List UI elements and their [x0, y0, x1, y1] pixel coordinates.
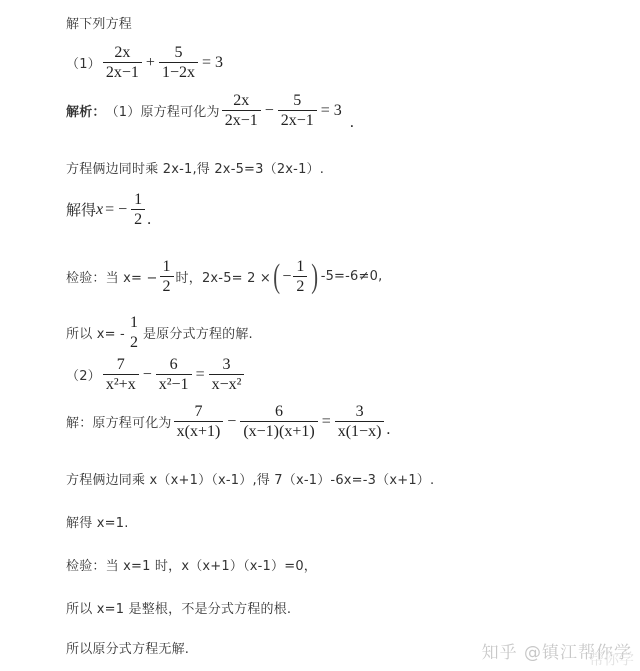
- problem-1: （1） 2x 2x−1 + 5 1−2x = 3: [66, 44, 225, 81]
- watermark-secondary: 帮你学: [589, 648, 634, 669]
- solve-2: 解得 x=1.: [66, 512, 129, 531]
- fraction: 1 2: [127, 314, 141, 351]
- problem-2-label: （2）: [66, 365, 101, 384]
- fraction: 2x 2x−1: [222, 92, 261, 129]
- problem-1-label: （1）: [66, 53, 101, 72]
- fraction: 1 2: [293, 258, 307, 295]
- fraction: 7 x²+x: [103, 356, 139, 393]
- problem-heading: 解下列方程: [66, 13, 132, 32]
- fraction: 3 x−x²: [209, 356, 245, 393]
- left-paren: (: [273, 260, 280, 294]
- fraction: 3 x(1−x): [335, 403, 385, 440]
- step-2: 方程俩边同乘 x（x+1）（x-1）,得 7（x-1）-6x=-3（x+1）.: [66, 469, 434, 488]
- conclusion-2: 所以 x=1 是整根，不是分式方程的根.: [66, 598, 291, 617]
- fraction: 5 1−2x: [159, 44, 198, 81]
- fraction: 2x 2x−1: [103, 44, 142, 81]
- fraction: 7 x(x+1): [174, 403, 224, 440]
- analysis-label: 解析：: [66, 101, 106, 120]
- fraction: 6 (x−1)(x+1): [240, 403, 317, 440]
- final-conclusion: 所以原分式方程无解.: [66, 638, 189, 657]
- check-1: 检验：当 x= − 1 2 时，2x-5= 2 × ( − 1 2 ) -5=-…: [66, 258, 382, 295]
- check-2: 检验：当 x=1 时，x（x+1）（x-1）=0，: [66, 555, 317, 574]
- solve-1: 解得 x = − 1 2 .: [66, 191, 151, 228]
- fraction: 1 2: [131, 191, 145, 228]
- fraction: 1 2: [160, 258, 174, 295]
- conclusion-1: 所以 x= - 1 2 是原分式方程的解.: [66, 314, 253, 351]
- fraction: 6 x²−1: [156, 356, 192, 393]
- analysis-1: 解析： （1）原方程可化为 2x 2x−1 − 5 2x−1 = 3 .: [66, 92, 354, 129]
- right-paren: ): [312, 260, 319, 294]
- fraction: 5 2x−1: [278, 92, 317, 129]
- step-1: 方程俩边同时乘 2x-1,得 2x-5=3（2x-1）.: [66, 158, 324, 177]
- problem-2: （2） 7 x²+x − 6 x²−1 = 3 x−x²: [66, 356, 246, 393]
- analysis-2: 解：原方程可化为 7 x(x+1) − 6 (x−1)(x+1) = 3 x(1…: [66, 403, 390, 440]
